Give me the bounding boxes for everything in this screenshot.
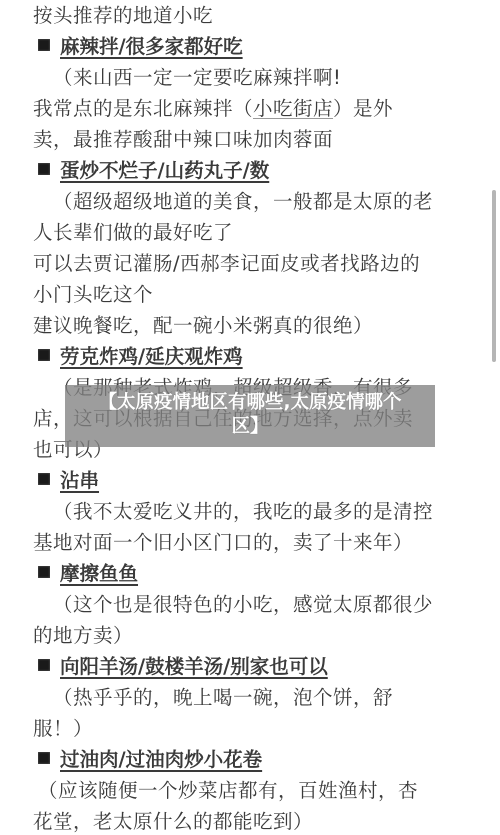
square-bullet-icon xyxy=(38,39,50,51)
square-bullet-icon xyxy=(38,473,50,485)
body-text: 的地方卖） xyxy=(33,622,133,650)
body-text: （这个也是很特色的小吃，感觉太原都很少 xyxy=(53,591,433,619)
body-text: （热乎乎的，晚上喝一碗，泡个饼，舒 xyxy=(53,684,393,712)
body-text: 建议晚餐吃，配一碗小米粥真的很绝） xyxy=(33,312,373,340)
body-text: 人长辈们做的最好吃了 xyxy=(33,219,233,247)
intro-text: 按头推荐的地道小吃 xyxy=(33,2,213,30)
body-text: （我不太爱吃义井的，我吃的最多的是清控 xyxy=(53,498,433,526)
banner-title-line: 区】 xyxy=(65,415,435,439)
section-heading-mocayuyu: 摩擦鱼鱼 xyxy=(38,560,138,588)
body-text: （超级超级地道的美食，一般都是太原的老 xyxy=(53,188,433,216)
square-bullet-icon xyxy=(38,659,50,671)
section-heading-danchao: 蛋炒不烂子/山药丸子/数 xyxy=(38,157,269,185)
scrollbar[interactable] xyxy=(492,190,496,362)
article-image: 按头推荐的地道小吃 麻辣拌/很多家都好吃 （来山西一定一定要吃麻辣拌啊! 我常点… xyxy=(0,0,500,835)
body-text: 花堂，老太原什么的都能吃到） xyxy=(33,808,313,835)
square-bullet-icon xyxy=(38,163,50,175)
banner-title-line: 【太原疫情地区有哪些,太原疫情哪个 xyxy=(65,391,435,415)
square-bullet-icon xyxy=(38,752,50,764)
square-bullet-icon xyxy=(38,566,50,578)
section-heading-guoyourou: 过油肉/过油肉炒小花卷 xyxy=(38,746,262,774)
section-heading-malaban: 麻辣拌/很多家都好吃 xyxy=(38,33,243,61)
section-heading-zhaji: 劳克炸鸡/延庆观炸鸡 xyxy=(38,343,243,371)
section-heading-yangtang: 向阳羊汤/鼓楼羊汤/别家也可以 xyxy=(38,653,328,681)
body-text: （应该随便一个炒菜店都有，百姓渔村，杏 xyxy=(38,777,418,805)
body-text: 可以去贾记灌肠/西郝李记面皮或者找路边的 xyxy=(33,250,420,278)
body-text: 小门头吃这个 xyxy=(33,281,153,309)
section-heading-zhanchuan: 沾串 xyxy=(38,467,99,495)
body-text: 基地对面一个旧小区门口的，卖了十来年） xyxy=(33,529,413,557)
body-text: （来山西一定一定要吃麻辣拌啊! xyxy=(53,64,341,92)
title-overlay-banner: 【太原疫情地区有哪些,太原疫情哪个 区】 xyxy=(65,385,435,447)
body-text: 服！） xyxy=(33,715,93,743)
square-bullet-icon xyxy=(38,349,50,361)
body-text: 卖，最推荐酸甜中辣口味加肉蓉面 xyxy=(33,126,333,154)
body-text: 我常点的是东北麻辣拌（小吃街店）是外 xyxy=(33,95,393,123)
